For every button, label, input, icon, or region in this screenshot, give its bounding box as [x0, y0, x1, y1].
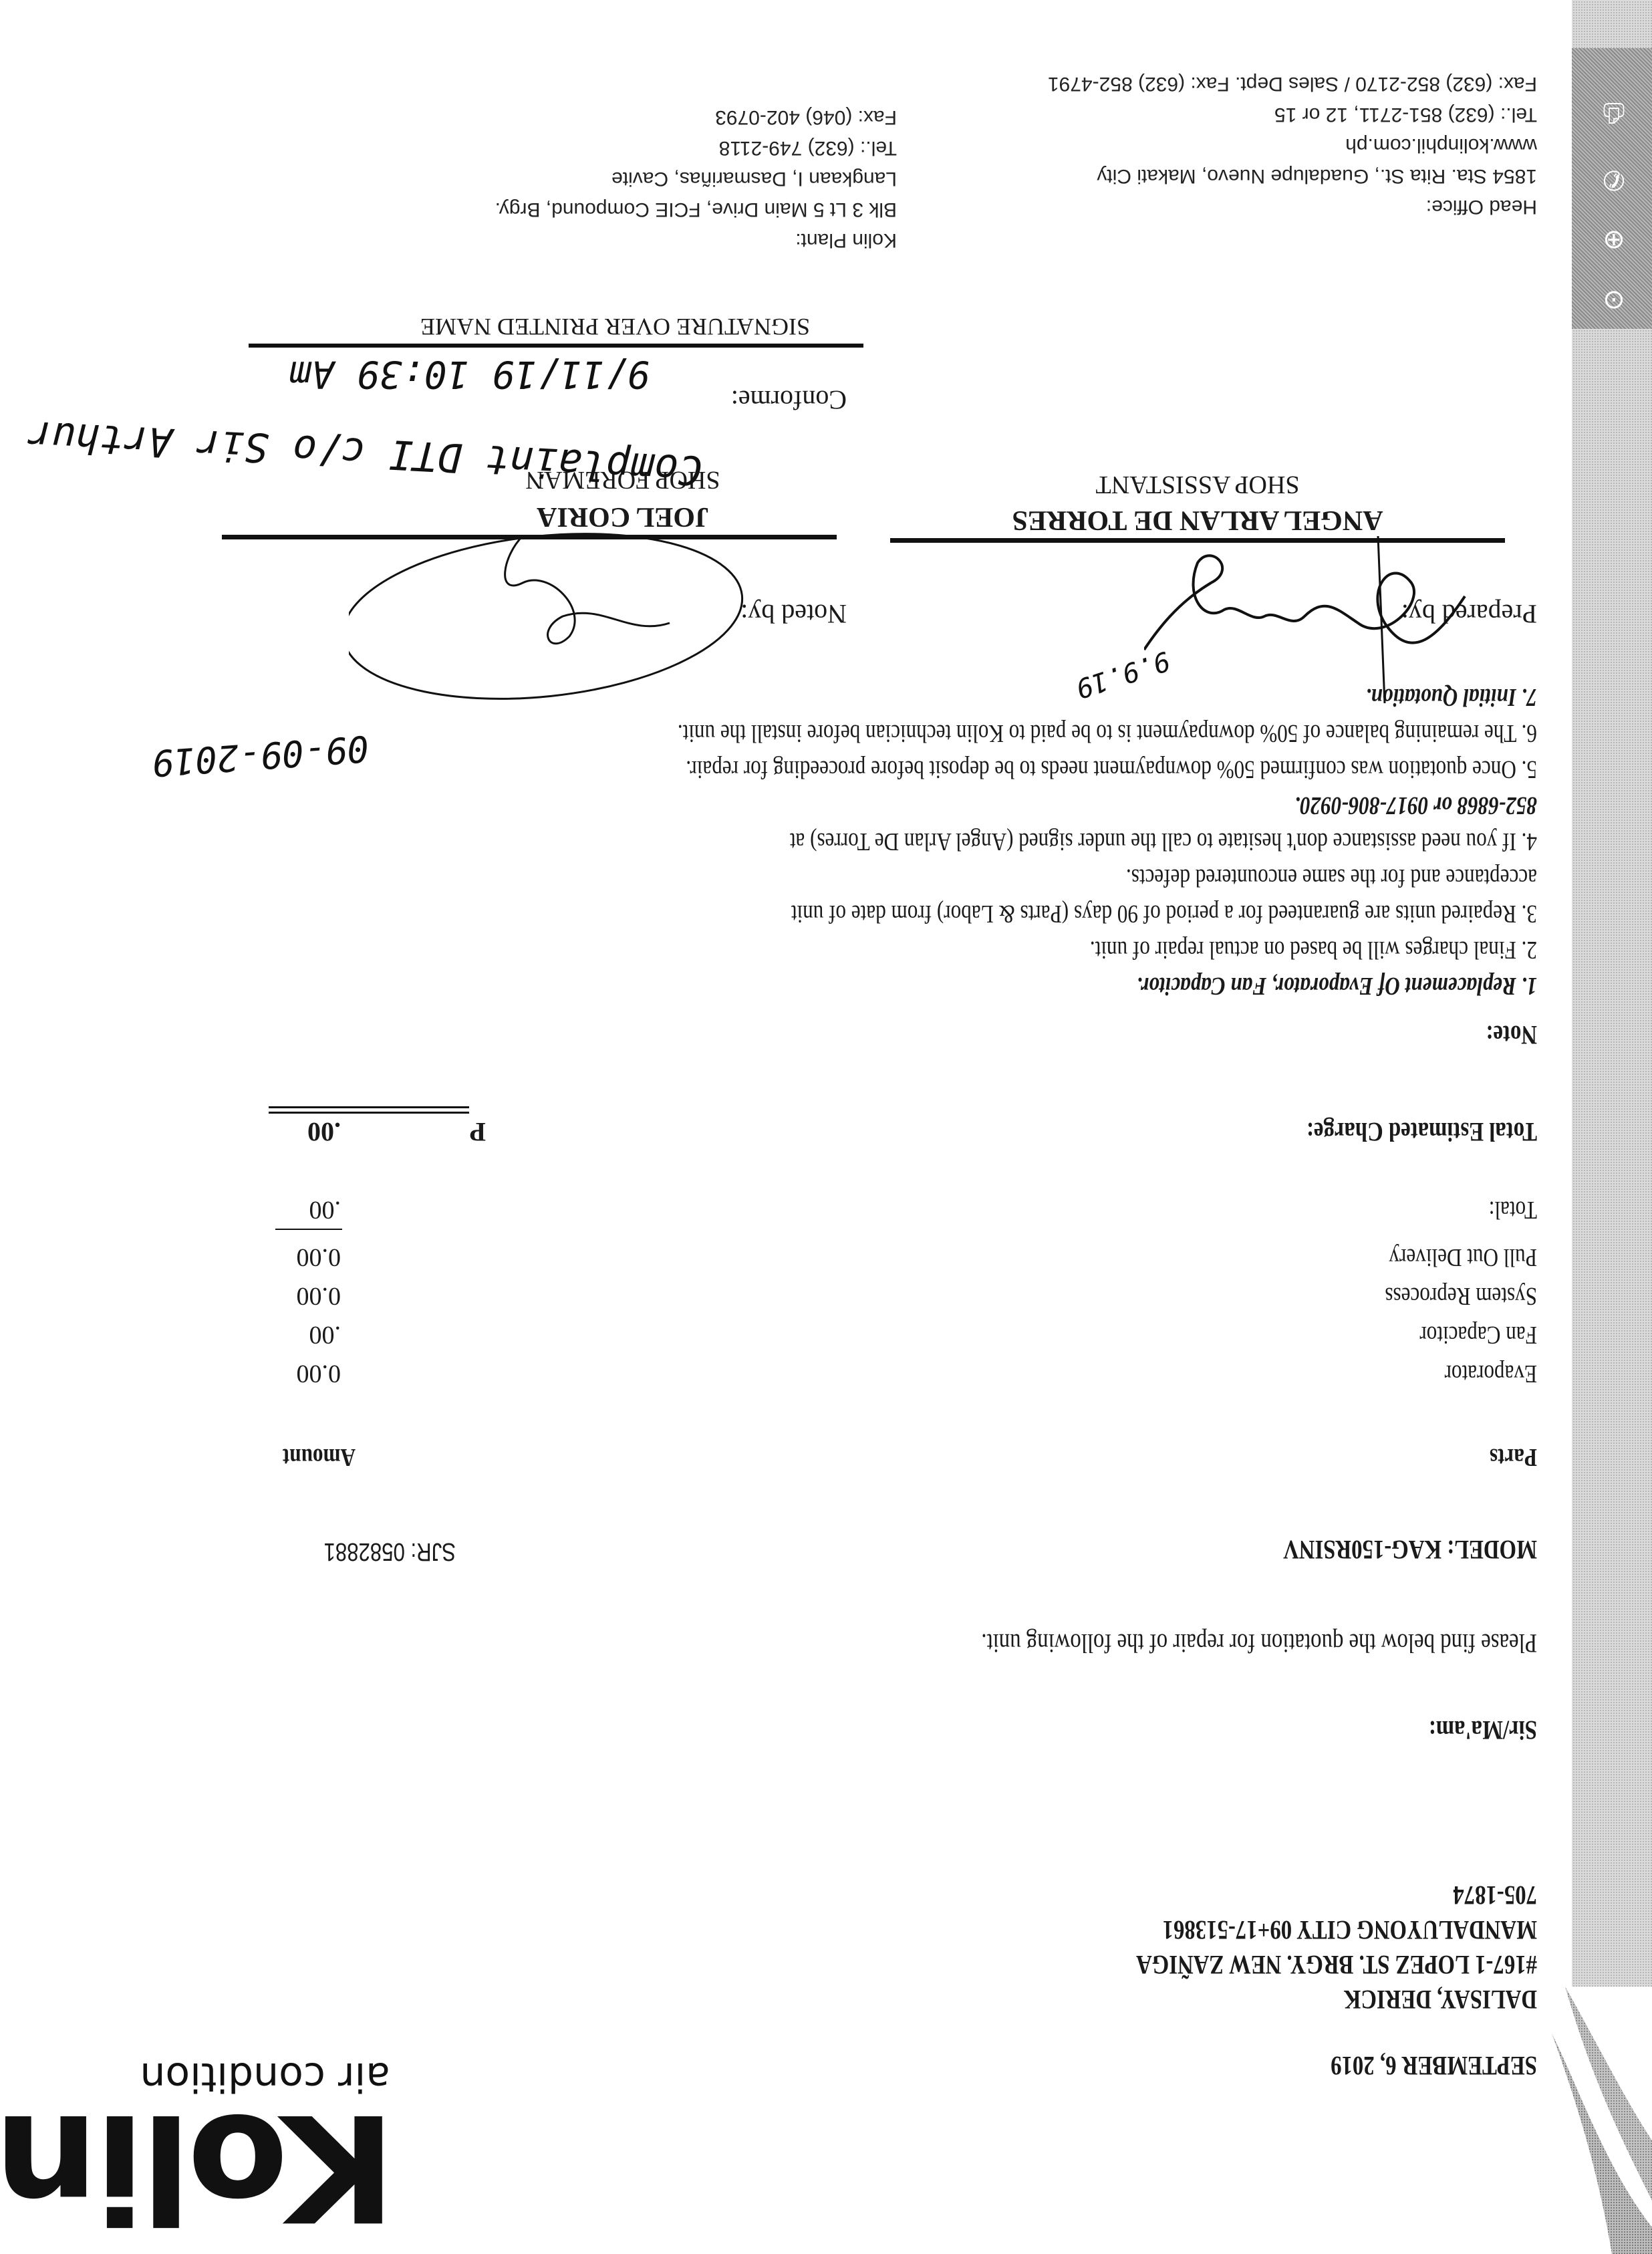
- prepared-name: ANGEL ARLAN DE TORRES: [890, 504, 1505, 536]
- footer-plant: Kolin Plant: Blk 3 Lt 5 Main Drive, FCIE…: [495, 102, 897, 255]
- conforme-handwritten-datetime: 9/11/19 10:39 Am: [289, 352, 650, 396]
- estimated-charge-label: Total Estimated Charge:: [1306, 1116, 1537, 1148]
- globe-icon: ⊕: [1599, 225, 1629, 255]
- prepared-signature-line: [890, 538, 1505, 543]
- table-row: Fan Capacitor .00: [227, 1311, 1537, 1350]
- note-item: 5. Once quotation was confirmed 50% down…: [364, 751, 1537, 787]
- head-office-tel: Tel.: (632) 851-2711, 12 or 15: [1048, 99, 1537, 130]
- logo-wordmark: Kolin: [8, 2107, 396, 2227]
- part-name: Evaporator: [1445, 1359, 1537, 1388]
- total-label: Total:: [1489, 1195, 1537, 1225]
- plant-tel: Tel.: (632) 749-2118: [495, 132, 897, 163]
- note-item: acceptance and for the same encountered …: [364, 860, 1537, 896]
- part-amount: .00: [309, 1320, 341, 1350]
- total-value: .00: [309, 1195, 341, 1225]
- noted-signature-line: [222, 535, 837, 539]
- kolin-logo: Kolin air condition: [8, 2053, 396, 2227]
- part-name: Pull Out Delivery: [1389, 1243, 1537, 1272]
- note-item: 852-6868 or 0917-806-0920.: [364, 787, 1537, 824]
- conforme-handwritten-note: Complaint DTI c/o Sir Arthur: [26, 412, 704, 494]
- head-office-address: 1854 Sta. Rita St., Guadalupe Nuevo, Mak…: [1048, 160, 1537, 191]
- fax-icon: ⎙: [1599, 98, 1629, 128]
- plant-title: Kolin Plant:: [495, 225, 897, 255]
- parts-header: Parts: [1490, 1443, 1537, 1472]
- part-amount: 0.00: [297, 1243, 341, 1272]
- prepared-signature: [1144, 529, 1492, 703]
- notes-title: Note:: [1486, 1019, 1537, 1051]
- note-item: 3. Repaired units are guaranteed for a p…: [364, 896, 1537, 932]
- part-name: Fan Capacitor: [1419, 1320, 1537, 1350]
- footer-head-office: Head Office: 1854 Sta. Rita St., Guadalu…: [1048, 68, 1537, 222]
- letter-date: SEPTEMBER 6, 2019: [1331, 2050, 1537, 2082]
- currency-symbol: P: [470, 1116, 486, 1148]
- head-office-fax: Fax: (632) 852-2170 / Sales Dept. Fax: (…: [1048, 68, 1537, 99]
- note-item: 1. Replacement Of Evaporator, Fan Capaci…: [364, 968, 1537, 1004]
- amount-header: Amount: [283, 1443, 356, 1472]
- conforme-signature-line: [249, 344, 863, 348]
- part-name: System Reprocess: [1385, 1281, 1537, 1311]
- estimated-rule-2: [269, 1106, 469, 1108]
- sjr-number: SJR: 0582881: [324, 1537, 456, 1566]
- head-office-website[interactable]: www.kolinphil.com.ph: [1048, 130, 1537, 160]
- location-icon: ⊙: [1599, 285, 1629, 316]
- recipient-name: DALISAY, DERICK: [1136, 1982, 1537, 2017]
- plant-fax: Fax: (046) 402-0793: [495, 102, 897, 132]
- note-item: 2. Final charges will be based on actual…: [364, 932, 1537, 968]
- note-item: 6. The remaining balance of 50% downpaym…: [364, 715, 1537, 751]
- subtotal-rule: [275, 1229, 342, 1230]
- table-row: Pull Out Delivery 0.00: [227, 1233, 1537, 1272]
- notes-list: 1. Replacement Of Evaporator, Fan Capaci…: [107, 679, 1537, 1004]
- recipient-block: DALISAY, DERICK #167-1 LOPEZ ST. BRGY. N…: [1136, 1878, 1537, 2017]
- estimated-rule-1: [269, 1112, 469, 1114]
- head-office-title: Head Office:: [1048, 191, 1537, 222]
- prepared-title: SHOP ASSISTANT: [890, 470, 1505, 499]
- note-item: 4. If you need assistance don't hesitate…: [364, 824, 1537, 860]
- estimated-charge-value: .00: [307, 1116, 341, 1148]
- part-amount: 0.00: [297, 1281, 341, 1311]
- plant-address-2: Langkaan I, Dasmariñas, Cavite: [495, 163, 897, 194]
- table-row: Evaporator 0.00: [227, 1350, 1537, 1388]
- part-amount: 0.00: [297, 1359, 341, 1388]
- recipient-address-2: MANDALUYONG CITY 09+17-513861: [1136, 1912, 1537, 1947]
- salutation: Sir/Ma'am:: [1429, 1715, 1537, 1746]
- intro-text: Please find below the quotation for repa…: [981, 1628, 1537, 1659]
- plant-address-1: Blk 3 Lt 5 Main Drive, FCIE Compound, Br…: [495, 194, 897, 225]
- noted-name: JOEL CORIA: [409, 501, 837, 533]
- quotation-page: ⊙ ⊕ ✆ ⎙ Kolin air condition SEPTEMBER 6,…: [0, 0, 1652, 2254]
- conforme-caption: SIGNATURE OVER PRINTED NAME: [420, 313, 810, 341]
- unit-model: MODEL: KAG-150RSINV: [1283, 1534, 1537, 1566]
- table-row: System Reprocess 0.00: [227, 1272, 1537, 1311]
- recipient-address-1: #167-1 LOPEZ ST. BRGY. NEW ZAÑIGA: [1136, 1947, 1537, 1982]
- contact-icon-strip: ⊙ ⊕ ✆ ⎙: [1572, 48, 1652, 329]
- conforme-label: Conforme:: [731, 384, 847, 416]
- recipient-phone: 705-1874: [1136, 1878, 1537, 1912]
- parts-table: Evaporator 0.00 Fan Capacitor .00 System…: [227, 1233, 1537, 1388]
- phone-icon: ✆: [1599, 164, 1629, 195]
